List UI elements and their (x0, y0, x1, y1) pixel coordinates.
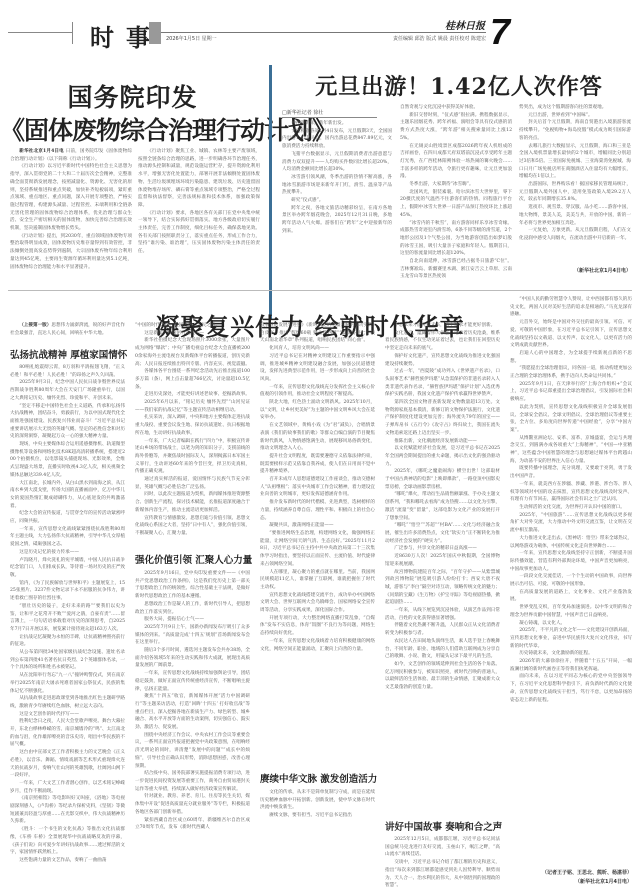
article2-column-2: 自然奇观与文化沉浸中获得美好体验。 新旧交替时刻，“仪式感”很拉满。携程数据显示… (400, 104, 512, 280)
byline-rule (282, 117, 377, 118)
article3-column-1: 80响礼炮震彻云霄，8万羽和平鸽振翅飞翔，“正义必胜！和平必胜！人民必胜！”的昂… (10, 364, 125, 890)
header-rule-left (8, 32, 72, 33)
header-tick (72, 22, 73, 44)
horizontal-divider (8, 290, 632, 291)
article2-headline: 元旦出游！1.42亿人次作答 (278, 70, 640, 101)
subhead-3: 赓续中华文脉 激发创造活力 (260, 771, 375, 785)
article3-sign-off: （新华社北京1月4日电） (510, 878, 632, 885)
article3-column-2b: 2025年9月16日，党中央印发重要文件——《中国共产党思想政治工作条例》，这是… (135, 570, 250, 890)
article3-column-4b: 2025年12月5日，成都都江堰，习近平总书记同法国总统马克龙进行友好交流，玉垒… (385, 836, 500, 890)
article1-column-1: 新华社北京1月4日电 日前，国务院印发《固体废物综合治理行动计划》（以下简称《行… (10, 148, 132, 278)
paragraph: 《行动计划》提出，到2030年，重点领域固体废物专项整治取得明显成效，固体废物历… (10, 233, 132, 272)
page-number: 7 (490, 14, 510, 50)
article2-byline: □新华社记者 徐壮 (282, 109, 323, 116)
staff-credits: 责任编辑 邱浩 版式 姚晨 责任校对 陈建宏 (370, 35, 486, 42)
article3-column-4a: 不忘本来才能开辟未来，善于继承才能更好创新。 文化遗产，蕴藏着伟大创造，记录着历… (385, 322, 500, 812)
paragraph: 《行动计划》要求，各地区各有关部门在党中央集中统一领导下，结合实际抓好贯彻落实。… (138, 210, 260, 256)
paragraph: 《行动计划》聚焦工业、城镇、农林等主要产废领域，按照全链条综合治理的思路，进一步… (138, 148, 260, 210)
article3-column-3a: 权事业的发展与进步》《新时代党的治疆方略的成功实践》白皮书，推出“辉煌60载 魅… (260, 322, 375, 752)
article1-headline-line1: 国务院印发 (0, 78, 265, 114)
article2-column-1: 神州迎新辉，新年新出发。 文化和旅游部1月4日发布，元旦假期3天，全国国内出游1… (282, 120, 392, 280)
article3-column-5: “中国人民的勤劳智慧令人赞叹，让中西国都有悠久的历史文化，两国人民对美好生活的追… (510, 296, 632, 866)
article3-reporters: （记者王子铭、王思北、熊昕、杨湛菲） (510, 869, 632, 876)
newspaper-logo: 桂林日报 (440, 17, 485, 32)
dateline: 新华社北京1月4日电 (19, 149, 64, 154)
header-block (149, 22, 161, 44)
article3-column-3b: 文化的传承，从未不是简单复制与守成，而是在延续历史精神血脉中开拓创新。创新发展，… (260, 789, 375, 889)
article3-column-2a: “中国的时代之声，爱国之声，人民之声。 这是新闻一线的躬行实践—— 新华社拍摄纪… (135, 322, 250, 544)
subhead-2: 强化价值引领 汇聚人心力量 (135, 552, 250, 566)
subhead-4: 讲好中国故事 奏响和合之声 (385, 819, 500, 833)
vertical-divider (269, 65, 272, 319)
article1-headline-line2: 《固体废物综合治理行动计划》 (0, 111, 265, 147)
article1-column-2: 《行动计划》聚焦工业、城镇、农林等主要产废领域，按照全链条综合治理的思路，进一步… (138, 148, 260, 278)
article2-sign-off: （新华社北京1月4日电） (519, 267, 631, 274)
issue-date: 2026年1月5日 星期一 (166, 35, 217, 42)
article2-column-3: 势突出，成为这个假期游客向往的景观地。 元旦出游，世界看到“中国味”。 封关后首… (519, 104, 631, 266)
header-rule-main (161, 32, 486, 33)
paragraph: 《行动计划》以习近平新时代中国特色社会主义思想为指导，深入贯彻党的二十大和二十届… (10, 163, 132, 232)
subhead-1: 弘扬抗战精神 厚植家国情怀 (10, 347, 125, 361)
